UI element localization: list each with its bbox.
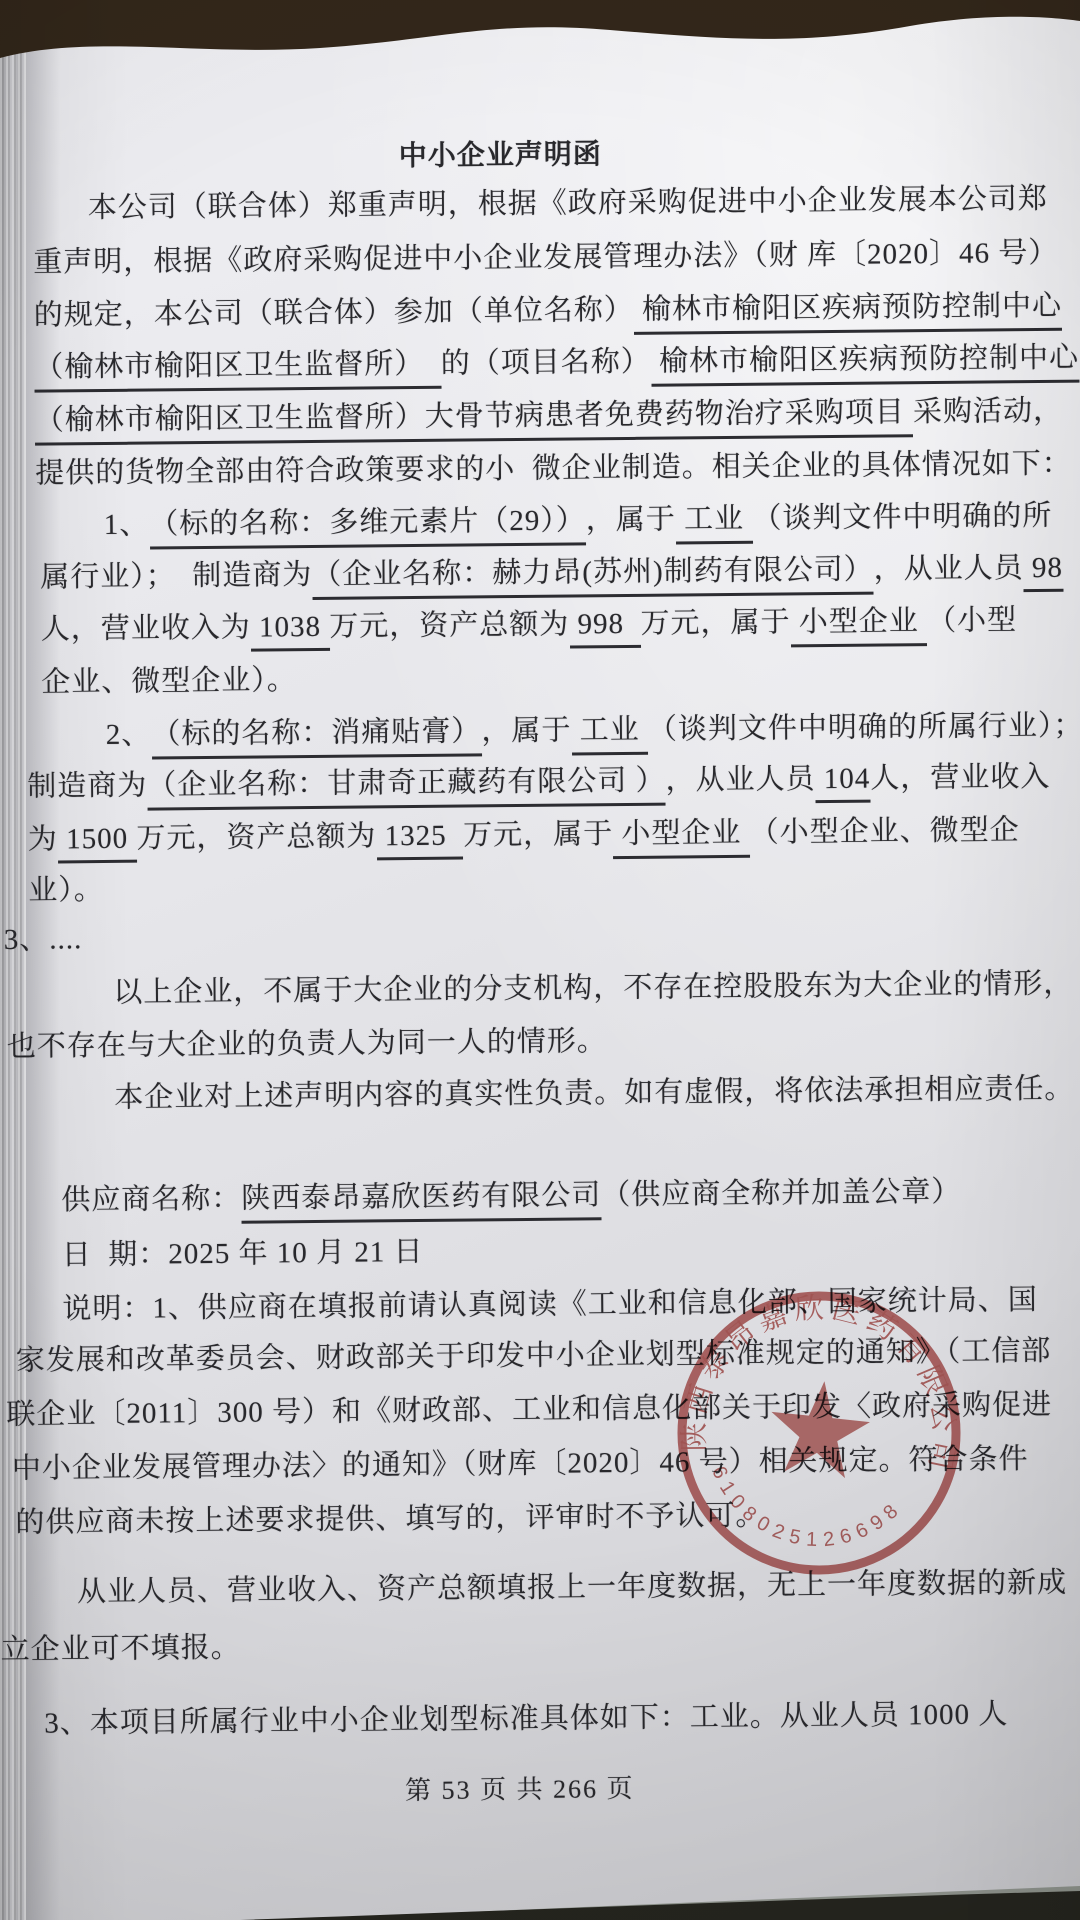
text-segment: 重声明，根据《政府采购促进中小企业发展管理办法》（财 库〔2020〕46 号）	[33, 230, 1058, 281]
filled-blank: 998	[569, 608, 641, 649]
filled-blank: 小型企业	[790, 598, 927, 647]
text-segment: 属行业）； 制造商为	[40, 552, 312, 596]
filled-blank: （企业名称：甘肃奇正藏药有限公司 ）	[147, 758, 666, 811]
text-segment: ，属于	[481, 708, 571, 750]
doc-line: 1、（标的名称：多维元素片（29）），属于 工业 （谈判文件中明确的所	[104, 493, 1053, 550]
filled-blank: （榆林市榆阳区卫生监督所）	[34, 341, 441, 393]
text-segment: 业）。	[28, 867, 104, 909]
filled-blank: 工业	[676, 496, 753, 545]
text-segment: 立企业可不填报。	[0, 1625, 240, 1668]
text-segment: 供应商名称：	[61, 1176, 241, 1219]
document-body: 中小企业声明函 本公司（联合体）郑重声明，根据《政府采购促进中小企业发展本公司郑…	[0, 0, 1080, 1920]
doc-line: 也不存在与大企业的负责人为同一人的情形。	[7, 1018, 607, 1065]
doc-line: 业）。	[28, 867, 104, 909]
text-segment: （小型企业、微型企	[749, 807, 1019, 851]
page-number: 第 53 页 共 266 页	[405, 1768, 635, 1807]
filled-blank: （企业名称：赫力昂(苏州)制药有限公司）	[312, 547, 874, 600]
text-segment: 日 期：2025 年 10 月 21 日	[62, 1229, 424, 1273]
text-segment: 采购活动，	[913, 388, 1063, 430]
filled-blank: 1038	[251, 611, 330, 652]
doc-line: 的供应商未按上述要求提供、填写的，评审时不予认可。	[15, 1493, 765, 1541]
text-segment: 提供的货物全部由符合政策要求的小 微企业制造。相关企业的具体情况如下：	[35, 441, 1072, 492]
filled-blank: 榆林市榆阳区疾病预防控制中心	[651, 335, 1080, 387]
doc-line: 属行业）； 制造商为（企业名称：赫力昂(苏州)制药有限公司），从业人员 98	[40, 545, 1063, 603]
filled-blank: 1500	[58, 823, 137, 864]
doc-line: 3、....	[4, 916, 83, 958]
text-segment: ，属于	[586, 496, 676, 538]
doc-line: 2、（标的名称：消痛贴膏），属于 工业 （谈判文件中明确的所属行业）；	[106, 703, 1080, 760]
seal-code-text: 6108025126698	[700, 1461, 910, 1561]
text-segment: 万元，资产总额为	[329, 602, 569, 645]
text-segment: （谈判文件中明确的所属行业）；	[648, 703, 1080, 748]
text-segment: 为	[28, 816, 58, 857]
paper-page: 中小企业声明函 本公司（联合体）郑重声明，根据《政府采购促进中小企业发展本公司郑…	[0, 0, 1080, 1920]
text-segment: 也不存在与大企业的负责人为同一人的情形。	[7, 1018, 607, 1065]
doc-line: 本公司（联合体）郑重声明，根据《政府采购促进中小企业发展本公司郑	[88, 176, 1048, 226]
doc-line: 供应商名称：陕西泰昂嘉欣医药有限公司（供应商全称并加盖公章）	[61, 1169, 961, 1226]
text-segment: 万元，属于	[463, 811, 613, 853]
text-segment: 本企业对上述声明内容的真实性负责。如有虚假，将依法承担相应责任。	[114, 1066, 1074, 1116]
text-segment: 人，营业收入	[870, 754, 1050, 797]
filled-blank: 小型企业	[613, 810, 750, 859]
text-segment: 人，营业收入为	[41, 605, 251, 648]
text-segment: 制造商为	[27, 763, 147, 805]
seal-star-icon	[765, 1376, 873, 1480]
document-title: 中小企业声明函	[0, 128, 1008, 178]
text-segment: 1、	[104, 502, 150, 543]
text-segment: ，从业人员	[873, 545, 1023, 587]
filled-blank: （标的名称：消痛贴膏）	[151, 708, 481, 759]
doc-line: 人，营业收入为 1038 万元，资产总额为 998 万元，属于 小型企业 （小型	[41, 597, 1018, 654]
text-segment: 的（项目名称）	[441, 339, 651, 382]
text-segment: （谈判文件中明确的所	[752, 493, 1052, 537]
text-segment: 3、本项目所属行业中小企业划型标准具体如下：工业。从业人员 1000 人	[44, 1691, 1008, 1741]
doc-line: 日 期：2025 年 10 月 21 日	[62, 1229, 424, 1273]
text-segment: 的供应商未按上述要求提供、填写的，评审时不予认可。	[15, 1493, 765, 1541]
doc-line: （榆林市榆阳区卫生监督所）大骨节病患者免费药物治疗采购项目 采购活动，	[35, 388, 1064, 446]
doc-line: 为 1500 万元，资产总额为 1325 万元，属于 小型企业 （小型企业、微型…	[28, 807, 1020, 865]
text-segment: （供应商全称并加盖公章）	[601, 1169, 961, 1213]
filled-blank: 工业	[571, 707, 648, 756]
svg-text:6108025126698: 6108025126698	[700, 1461, 910, 1561]
text-segment: 2、	[106, 712, 152, 753]
filled-blank: 104	[815, 763, 870, 804]
text-segment: 本公司（联合体）郑重声明，根据《政府采购促进中小企业发展本公司郑	[88, 176, 1048, 226]
filled-blank: （标的名称：多维元素片（29））	[149, 497, 586, 549]
text-segment: 的规定，本公司（联合体）参加（单位名称）	[34, 287, 634, 334]
doc-line: （榆林市榆阳区卫生监督所） 的（项目名称） 榆林市榆阳区疾病预防控制中心	[34, 335, 1079, 393]
doc-line: 制造商为（企业名称：甘肃奇正藏药有限公司 ），从业人员 104人，营业收入	[27, 754, 1050, 812]
doc-line: 企业、微型企业）。	[41, 657, 297, 700]
filled-blank: 98	[1023, 552, 1063, 592]
text-segment: 企业、微型企业）。	[41, 657, 297, 700]
text-segment: 以上企业，不属于大企业的分支机构，不存在控股股东为大企业的情形，	[113, 961, 1073, 1011]
text-segment: 万元，属于	[640, 599, 790, 641]
doc-line: 3、本项目所属行业中小企业划型标准具体如下：工业。从业人员 1000 人	[44, 1691, 1008, 1741]
doc-line: 立企业可不填报。	[0, 1625, 240, 1668]
text-segment: 3、....	[4, 916, 83, 958]
doc-line: 重声明，根据《政府采购促进中小企业发展管理办法》（财 库〔2020〕46 号）	[33, 230, 1058, 281]
filled-blank: 陕西泰昂嘉欣医药有限公司	[241, 1172, 601, 1223]
filled-blank: 榆林市榆阳区疾病预防控制中心	[634, 283, 1063, 335]
text-segment: 万元，资产总额为	[136, 813, 376, 856]
doc-line: 提供的货物全部由符合政策要求的小 微企业制造。相关企业的具体情况如下：	[35, 441, 1072, 492]
doc-line: 本企业对上述声明内容的真实性负责。如有虚假，将依法承担相应责任。	[114, 1066, 1074, 1116]
filled-blank: 1325	[376, 820, 463, 861]
company-seal: 陕西泰昂嘉欣医药有限公司 6108025126698	[654, 1268, 984, 1598]
text-segment: ，从业人员	[665, 756, 815, 798]
doc-line: 以上企业，不属于大企业的分支机构，不存在控股股东为大企业的情形，	[113, 961, 1073, 1011]
filled-blank: （榆林市榆阳区卫生监督所）大骨节病患者免费药物治疗采购项目	[35, 389, 914, 445]
doc-line: 的规定，本公司（联合体）参加（单位名称） 榆林市榆阳区疾病预防控制中心	[34, 283, 1063, 341]
text-segment: （小型	[927, 597, 1017, 639]
